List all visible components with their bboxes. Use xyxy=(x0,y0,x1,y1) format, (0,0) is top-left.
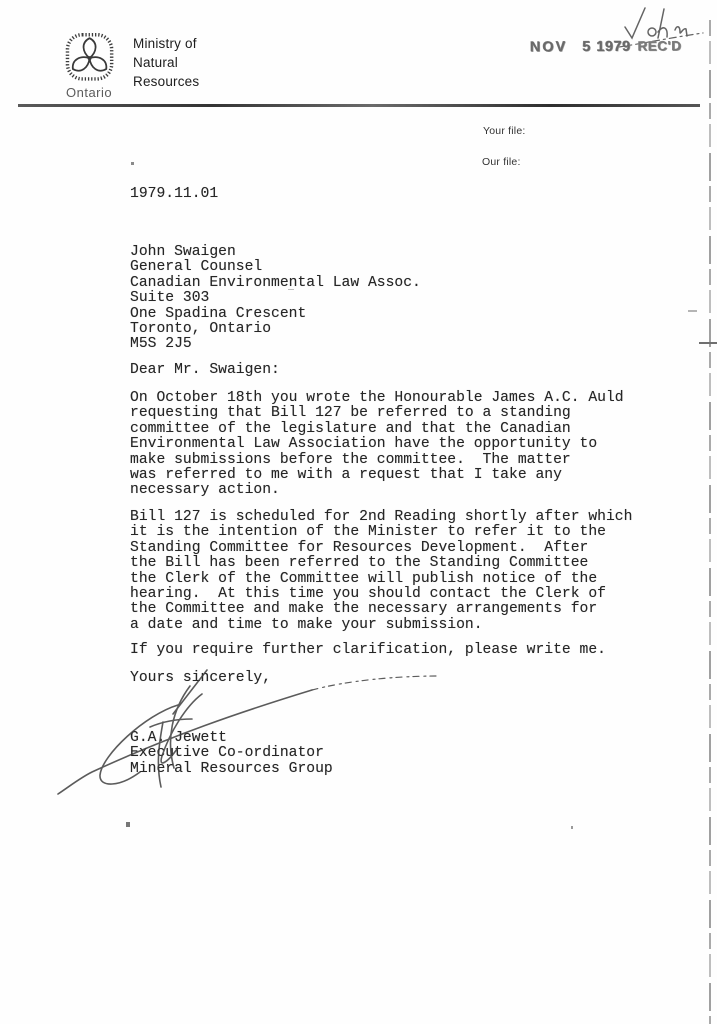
your-file-label: Your file: xyxy=(483,125,525,137)
scan-speck xyxy=(571,826,573,829)
ministry-name: Ministry of Natural Resources xyxy=(133,34,199,92)
scan-edge-tick xyxy=(699,342,717,344)
closing: Yours sincerely, xyxy=(130,671,271,686)
body-paragraph-1: On October 18th you wrote the Honourable… xyxy=(130,391,624,499)
stamp-day: 5 xyxy=(582,39,590,55)
scan-speck xyxy=(131,162,134,165)
trillium-icon xyxy=(64,32,116,86)
scan-speck xyxy=(688,310,697,312)
stamp-recd: REC'D xyxy=(638,38,682,53)
scan-edge-line xyxy=(709,20,711,1024)
stamp-month: NOV xyxy=(530,39,568,55)
letter-date: 1979.11.01 xyxy=(130,187,218,202)
recipient-address: John Swaigen General Counsel Canadian En… xyxy=(130,245,421,353)
body-paragraph-2: Bill 127 is scheduled for 2nd Reading sh… xyxy=(130,510,632,633)
scan-speck xyxy=(288,289,294,290)
received-date-stamp: NOV 5 1979 REC'D xyxy=(530,38,682,55)
our-file-label: Our file: xyxy=(482,156,521,168)
scanned-letter-page: Ontario Ministry of Natural Resources NO… xyxy=(0,0,717,1024)
ontario-logo-caption: Ontario xyxy=(66,85,136,100)
ontario-logo: Ontario xyxy=(64,32,134,86)
stamp-year: 1979 xyxy=(596,39,630,55)
signer-block: G.A. Jewett Executive Co-ordinator Miner… xyxy=(130,731,333,777)
body-paragraph-3: If you require further clarification, pl… xyxy=(130,643,606,658)
scan-speck xyxy=(126,822,130,827)
salutation: Dear Mr. Swaigen: xyxy=(130,363,280,378)
letterhead-divider xyxy=(18,104,700,107)
